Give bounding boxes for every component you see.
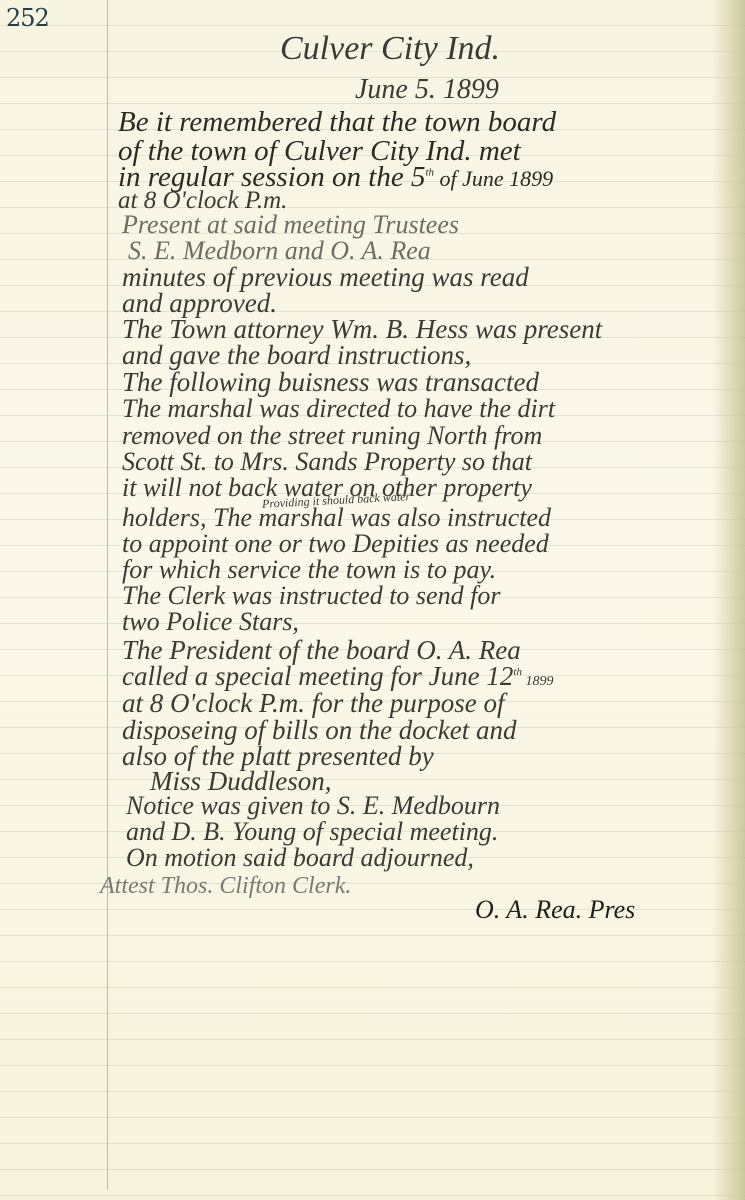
minutes-line: to appoint one or two Depities as needed — [122, 531, 549, 557]
minutes-line: Be it remembered that the town board — [118, 108, 556, 137]
minutes-line: holders, The marshal was also instructed — [122, 505, 551, 531]
minutes-line: The following buisness was transacted — [122, 369, 539, 396]
minutes-line: at 8 O'clock P.m. for the purpose of — [122, 690, 504, 717]
heading-place: Culver City Ind. — [280, 32, 500, 66]
minutes-line-text: of June 1899 — [434, 166, 553, 191]
ledger-page: 252 Culver City Ind. June 5. 1899 Be it … — [0, 0, 745, 1200]
heading-date: June 5. 1899 — [355, 76, 499, 104]
minutes-line: called a special meeting for June 12th 1… — [122, 663, 553, 690]
ordinal-suffix: th — [513, 666, 522, 678]
minutes-line-text: 1899 — [522, 674, 554, 689]
minutes-line: two Police Stars, — [122, 609, 299, 635]
minutes-line-text: called a special meeting for June 12 — [122, 661, 513, 691]
clerk-attestation-signature: Attest Thos. Clifton Clerk. — [100, 874, 351, 898]
minutes-line: Present at said meeting Trustees — [122, 212, 459, 238]
minutes-line: and D. B. Young of special meeting. — [126, 819, 498, 845]
minutes-line: removed on the street runing North from — [122, 423, 542, 449]
minutes-line: The marshal was directed to have the dir… — [122, 396, 555, 422]
minutes-line: On motion said board adjourned, — [126, 845, 474, 871]
minutes-line: and approved. — [122, 290, 277, 317]
minutes-line: minutes of previous meeting was read — [122, 264, 529, 291]
page-number: 252 — [6, 4, 49, 32]
minutes-line: for which service the town is to pay. — [122, 557, 496, 583]
minutes-line: S. E. Medborn and O. A. Rea — [128, 238, 431, 264]
minutes-line: The President of the board O. A. Rea — [122, 637, 521, 664]
minutes-line: Scott St. to Mrs. Sands Property so that — [122, 449, 532, 475]
ordinal-suffix: th — [425, 166, 434, 178]
president-signature: O. A. Rea. Pres — [475, 897, 635, 923]
minutes-line: The Town attorney Wm. B. Hess was presen… — [122, 316, 602, 343]
minutes-line: disposeing of bills on the docket and — [122, 717, 516, 744]
minutes-line: The Clerk was instructed to send for — [122, 583, 500, 609]
margin-rule — [107, 0, 108, 1190]
minutes-line: Notice was given to S. E. Medbourn — [126, 793, 500, 819]
minutes-line: and gave the board instructions, — [122, 342, 471, 369]
